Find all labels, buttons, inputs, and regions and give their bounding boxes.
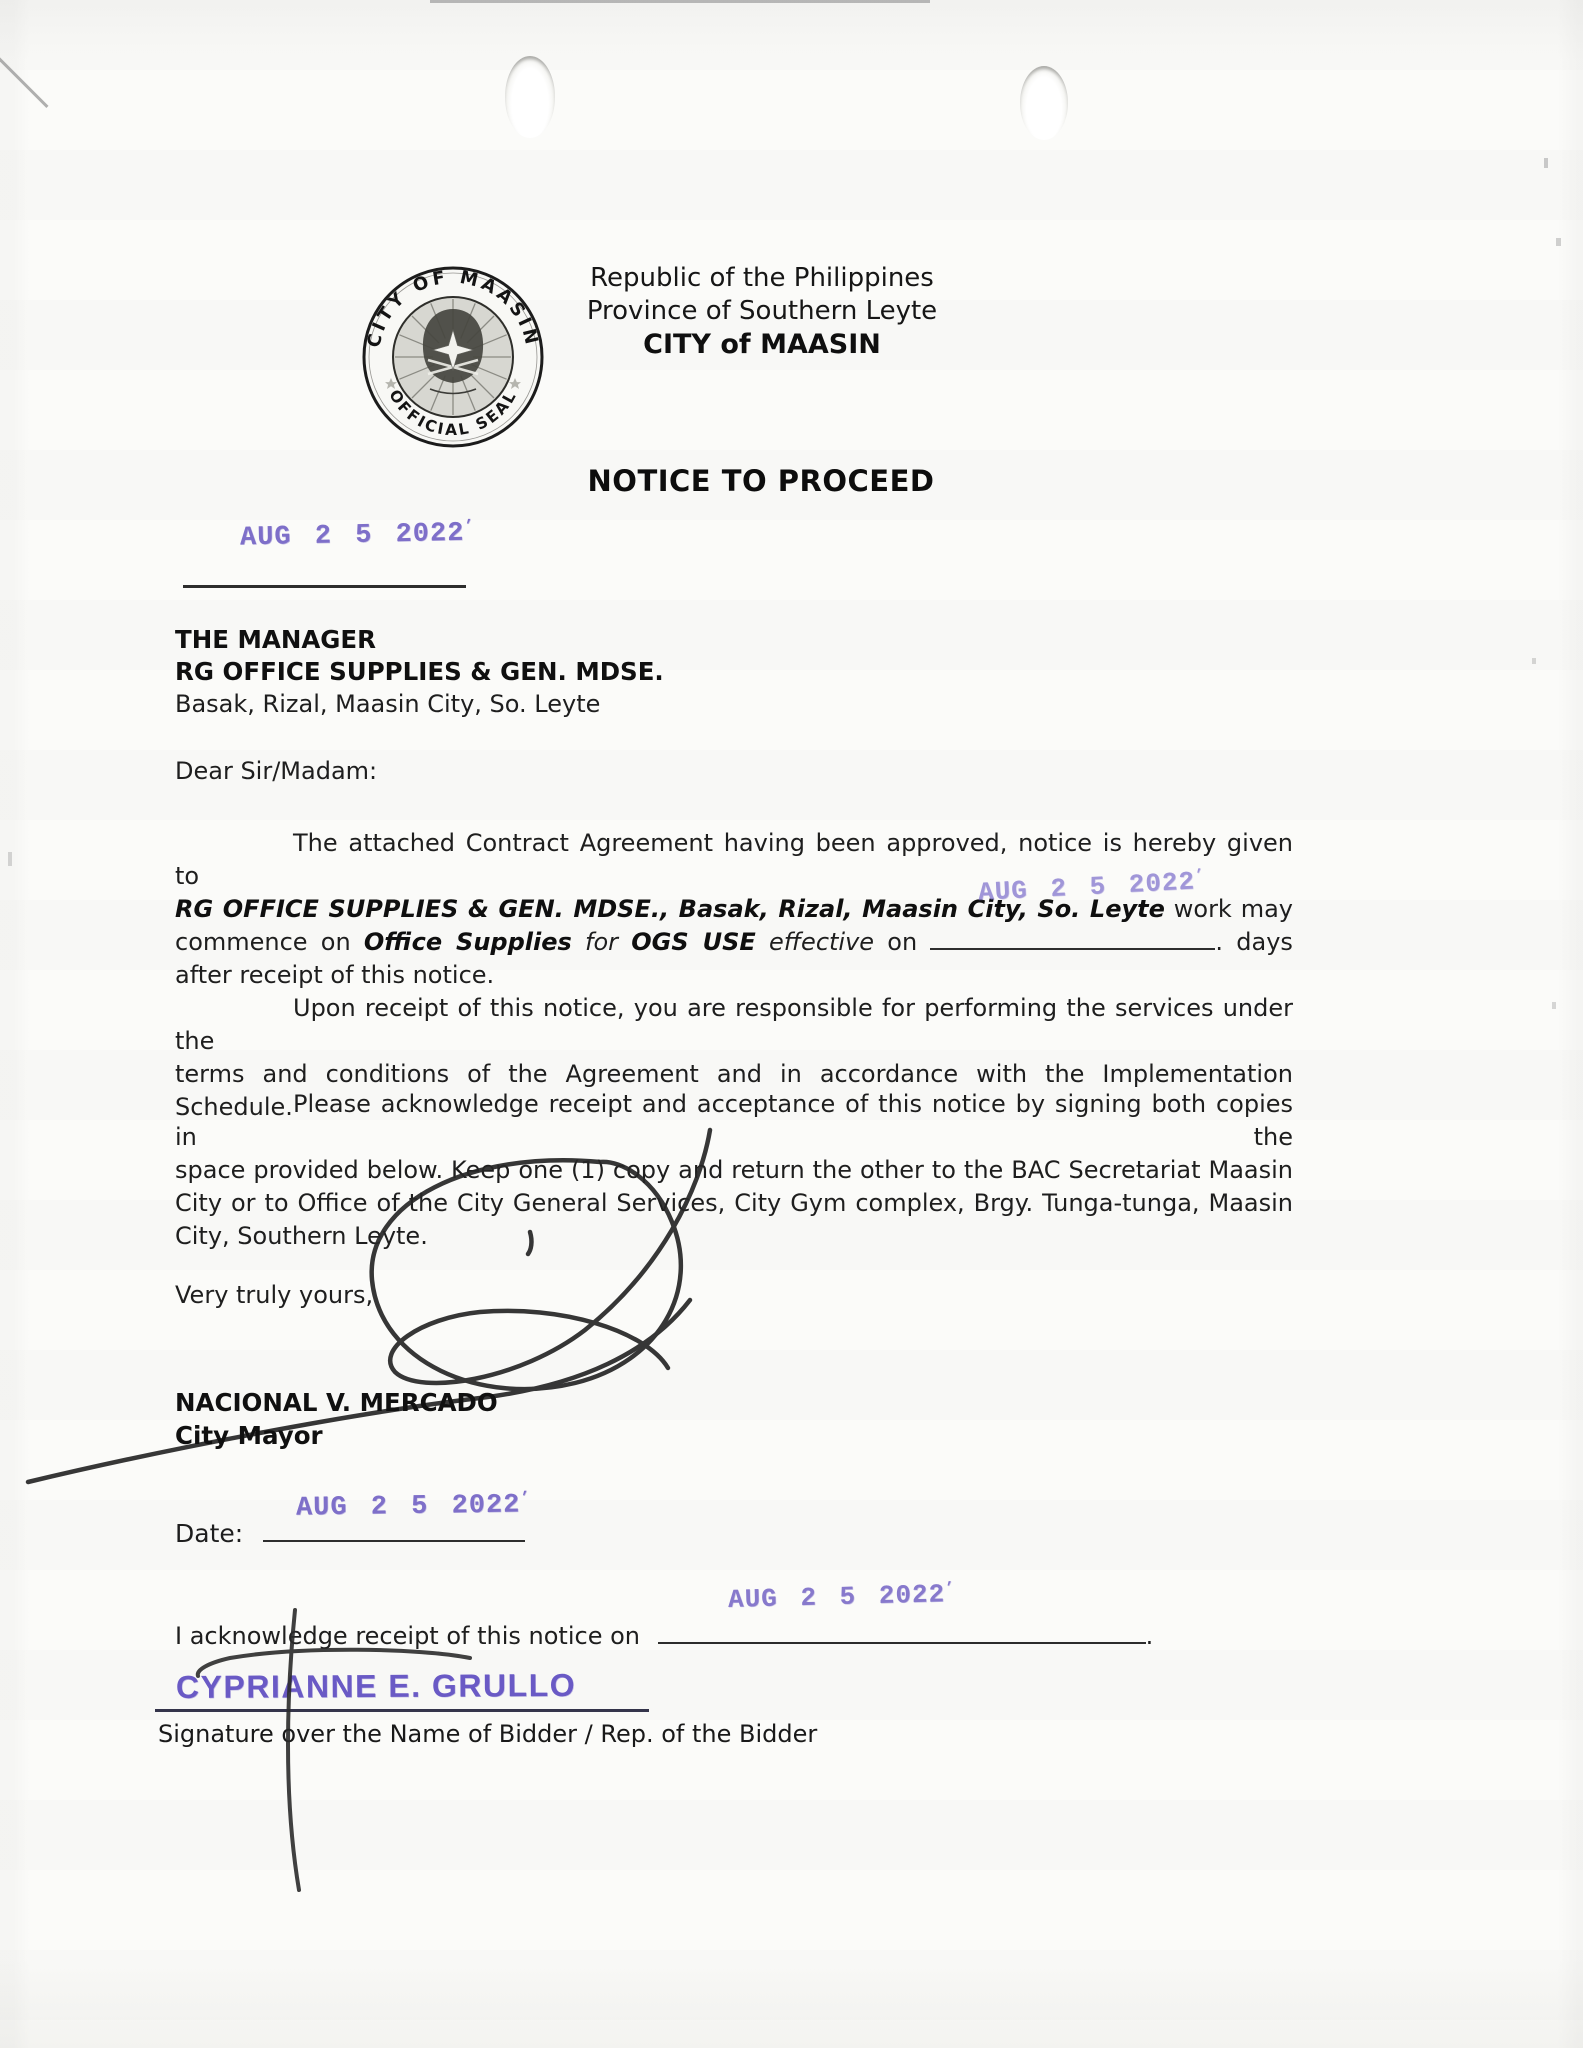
p1-word-effective: effective [769,928,874,956]
p1-word-may: may [1241,895,1293,923]
salutation: Dear Sir/Madam: [175,757,377,785]
stamp-tick-mark: ’ [945,1580,955,1596]
addressee-company: RG OFFICE SUPPLIES & GEN. MDSE. [175,656,664,688]
p1-word-on: on [887,928,917,956]
stamp-tick-mark: ’ [1194,867,1204,883]
addressee-block: THE MANAGER RG OFFICE SUPPLIES & GEN. MD… [175,624,664,720]
scan-speck-2 [1556,238,1561,246]
scan-speck-4 [1552,1002,1556,1009]
p1-line4: after receipt of this notice. [175,959,1293,992]
signatory-title: City Mayor [175,1419,498,1452]
signatory-name: NACIONAL V. MERCADO [175,1386,498,1419]
received-date-stamp: AUG 2 5 2022’ [240,519,475,554]
bidder-signature-scrawl [150,1590,550,1910]
p1-word-commence: commence on [175,928,351,956]
acknowledgement-period: . [1146,1622,1154,1650]
p1-period: . [1215,928,1223,956]
letterhead: Republic of the Philippines Province of … [462,262,1062,361]
acknowledgement-date-stamp-text: AUG 2 5 2022 [728,1579,946,1615]
document-title: NOTICE TO PROCEED [341,464,1181,498]
acknowledgement-date-stamp: AUG 2 5 2022’ [728,1579,956,1615]
p1-purpose: OGS USE [631,928,756,956]
p2-line1-text: Upon receipt of this notice, you are res… [175,994,1293,1055]
letterhead-country: Republic of the Philippines [462,262,1062,295]
p1-item-name: Office Supplies [364,928,572,956]
acknowledgement-date-blank [658,1620,1146,1644]
p1-word-days: days [1236,928,1293,956]
p1-word-for: for [585,928,618,956]
date-field-stamp: AUG 2 5 2022’ [296,1490,531,1523]
p2-line1: Upon receipt of this notice, you are res… [175,992,1293,1058]
scan-speck-3 [1532,658,1536,664]
received-date-line [183,585,466,588]
punch-hole-left [505,56,555,138]
effective-date-blank [930,926,1215,950]
received-date-stamp-text: AUG 2 5 2022 [240,519,465,554]
scan-mark-top-left [0,38,49,108]
scan-speck-5 [8,852,12,866]
addressee-address: Basak, Rizal, Maasin City, So. Leyte [175,688,664,720]
p1-word-work: work [1174,895,1232,923]
p1-line3: commence on Office Supplies for OGS USE … [175,926,1293,959]
signatory-block: NACIONAL V. MERCADO City Mayor [175,1386,498,1452]
punch-hole-right [1020,66,1068,140]
scan-speck-1 [1544,158,1548,168]
date-label: Date: [175,1519,243,1548]
scanned-letter-page: CITY OF MAASIN OFFICIAL SEAL Republic of… [0,0,1583,2048]
stamp-tick-mark: ’ [464,519,474,535]
stamp-tick-mark: ’ [520,1490,530,1506]
paragraph-1: The attached Contract Agreement having b… [175,827,1293,992]
letterhead-city: CITY of MAASIN [462,328,1062,361]
p1-line4-text: after receipt of this notice. [175,961,494,989]
letterhead-province: Province of Southern Leyte [462,295,1062,328]
scan-mark-top-edge [430,0,930,3]
date-field-stamp-text: AUG 2 5 2022 [296,1491,521,1524]
addressee-role: THE MANAGER [175,624,664,656]
